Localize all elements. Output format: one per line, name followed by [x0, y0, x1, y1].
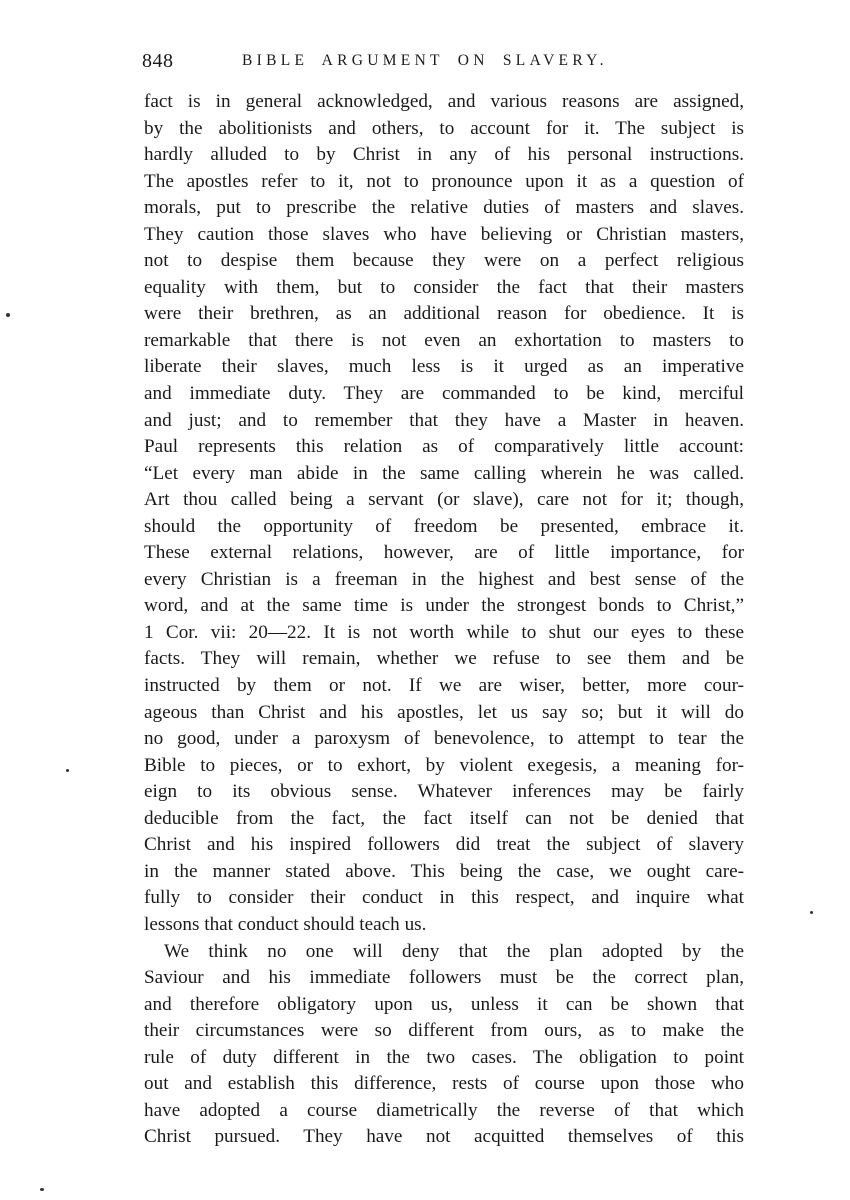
text-line: equality with them, but to consider the … [144, 275, 744, 302]
book-page: 848 BIBLE ARGUMENT ON SLAVERY. fact is i… [0, 0, 850, 1200]
text-line: Paul represents this relation as of comp… [144, 434, 744, 461]
scan-speck [810, 911, 813, 914]
text-line: ageous than Christ and his apostles, let… [144, 700, 744, 727]
text-line: and therefore obligatory upon us, unless… [144, 992, 744, 1019]
text-line: by the abolitionists and others, to acco… [144, 116, 744, 143]
text-line: should the opportunity of freedom be pre… [144, 514, 744, 541]
text-line: were their brethren, as an additional re… [144, 301, 744, 328]
text-line: have adopted a course diametrically the … [144, 1098, 744, 1125]
text-line: no good, under a paroxysm of benevolence… [144, 726, 744, 753]
text-line: in the manner stated above. This being t… [144, 859, 744, 886]
paragraph-first-line: We think no one will deny that the plan … [144, 939, 744, 966]
running-head: 848 BIBLE ARGUMENT ON SLAVERY. [142, 48, 762, 74]
running-title: BIBLE ARGUMENT ON SLAVERY. [242, 48, 608, 74]
text-line: and just; and to remember that they have… [144, 408, 744, 435]
text-line: deducible from the fact, the fact itself… [144, 806, 744, 833]
text-line: facts. They will remain, whether we refu… [144, 646, 744, 673]
scan-speck [40, 1188, 44, 1191]
text-line: The apostles refer to it, not to pronoun… [144, 169, 744, 196]
page-number: 848 [142, 48, 174, 74]
text-line: eign to its obvious sense. Whatever infe… [144, 779, 744, 806]
text-line: remarkable that there is not even an exh… [144, 328, 744, 355]
text-line: Saviour and his immediate followers must… [144, 965, 744, 992]
text-line: Christ and his inspired followers did tr… [144, 832, 744, 859]
body-text: fact is in general acknowledged, and var… [144, 89, 744, 1151]
text-line: liberate their slaves, much less is it u… [144, 354, 744, 381]
text-line: out and establish this difference, rests… [144, 1071, 744, 1098]
paragraph-last-line: lessons that conduct should teach us. [144, 912, 744, 939]
text-line: instructed by them or not. If we are wis… [144, 673, 744, 700]
text-line: fact is in general acknowledged, and var… [144, 89, 744, 116]
text-line: Christ pursued. They have not acquitted … [144, 1124, 744, 1151]
text-line: not to despise them because they were on… [144, 248, 744, 275]
text-line: word, and at the same time is under the … [144, 593, 744, 620]
text-line: Art thou called being a servant (or slav… [144, 487, 744, 514]
scan-speck [6, 313, 10, 317]
text-line: hardly alluded to by Christ in any of hi… [144, 142, 744, 169]
text-line: every Christian is a freeman in the high… [144, 567, 744, 594]
text-line: rule of duty different in the two cases.… [144, 1045, 744, 1072]
text-line: 1 Cor. vii: 20—22. It is not worth while… [144, 620, 744, 647]
text-line: They caution those slaves who have belie… [144, 222, 744, 249]
text-line: “Let every man abide in the same calling… [144, 461, 744, 488]
text-line: morals, put to prescribe the relative du… [144, 195, 744, 222]
text-line: and immediate duty. They are commanded t… [144, 381, 744, 408]
text-line: fully to consider their conduct in this … [144, 885, 744, 912]
text-line: Bible to pieces, or to exhort, by violen… [144, 753, 744, 780]
text-line: their circumstances were so different fr… [144, 1018, 744, 1045]
text-line: These external relations, however, are o… [144, 540, 744, 567]
scan-speck [66, 769, 69, 772]
